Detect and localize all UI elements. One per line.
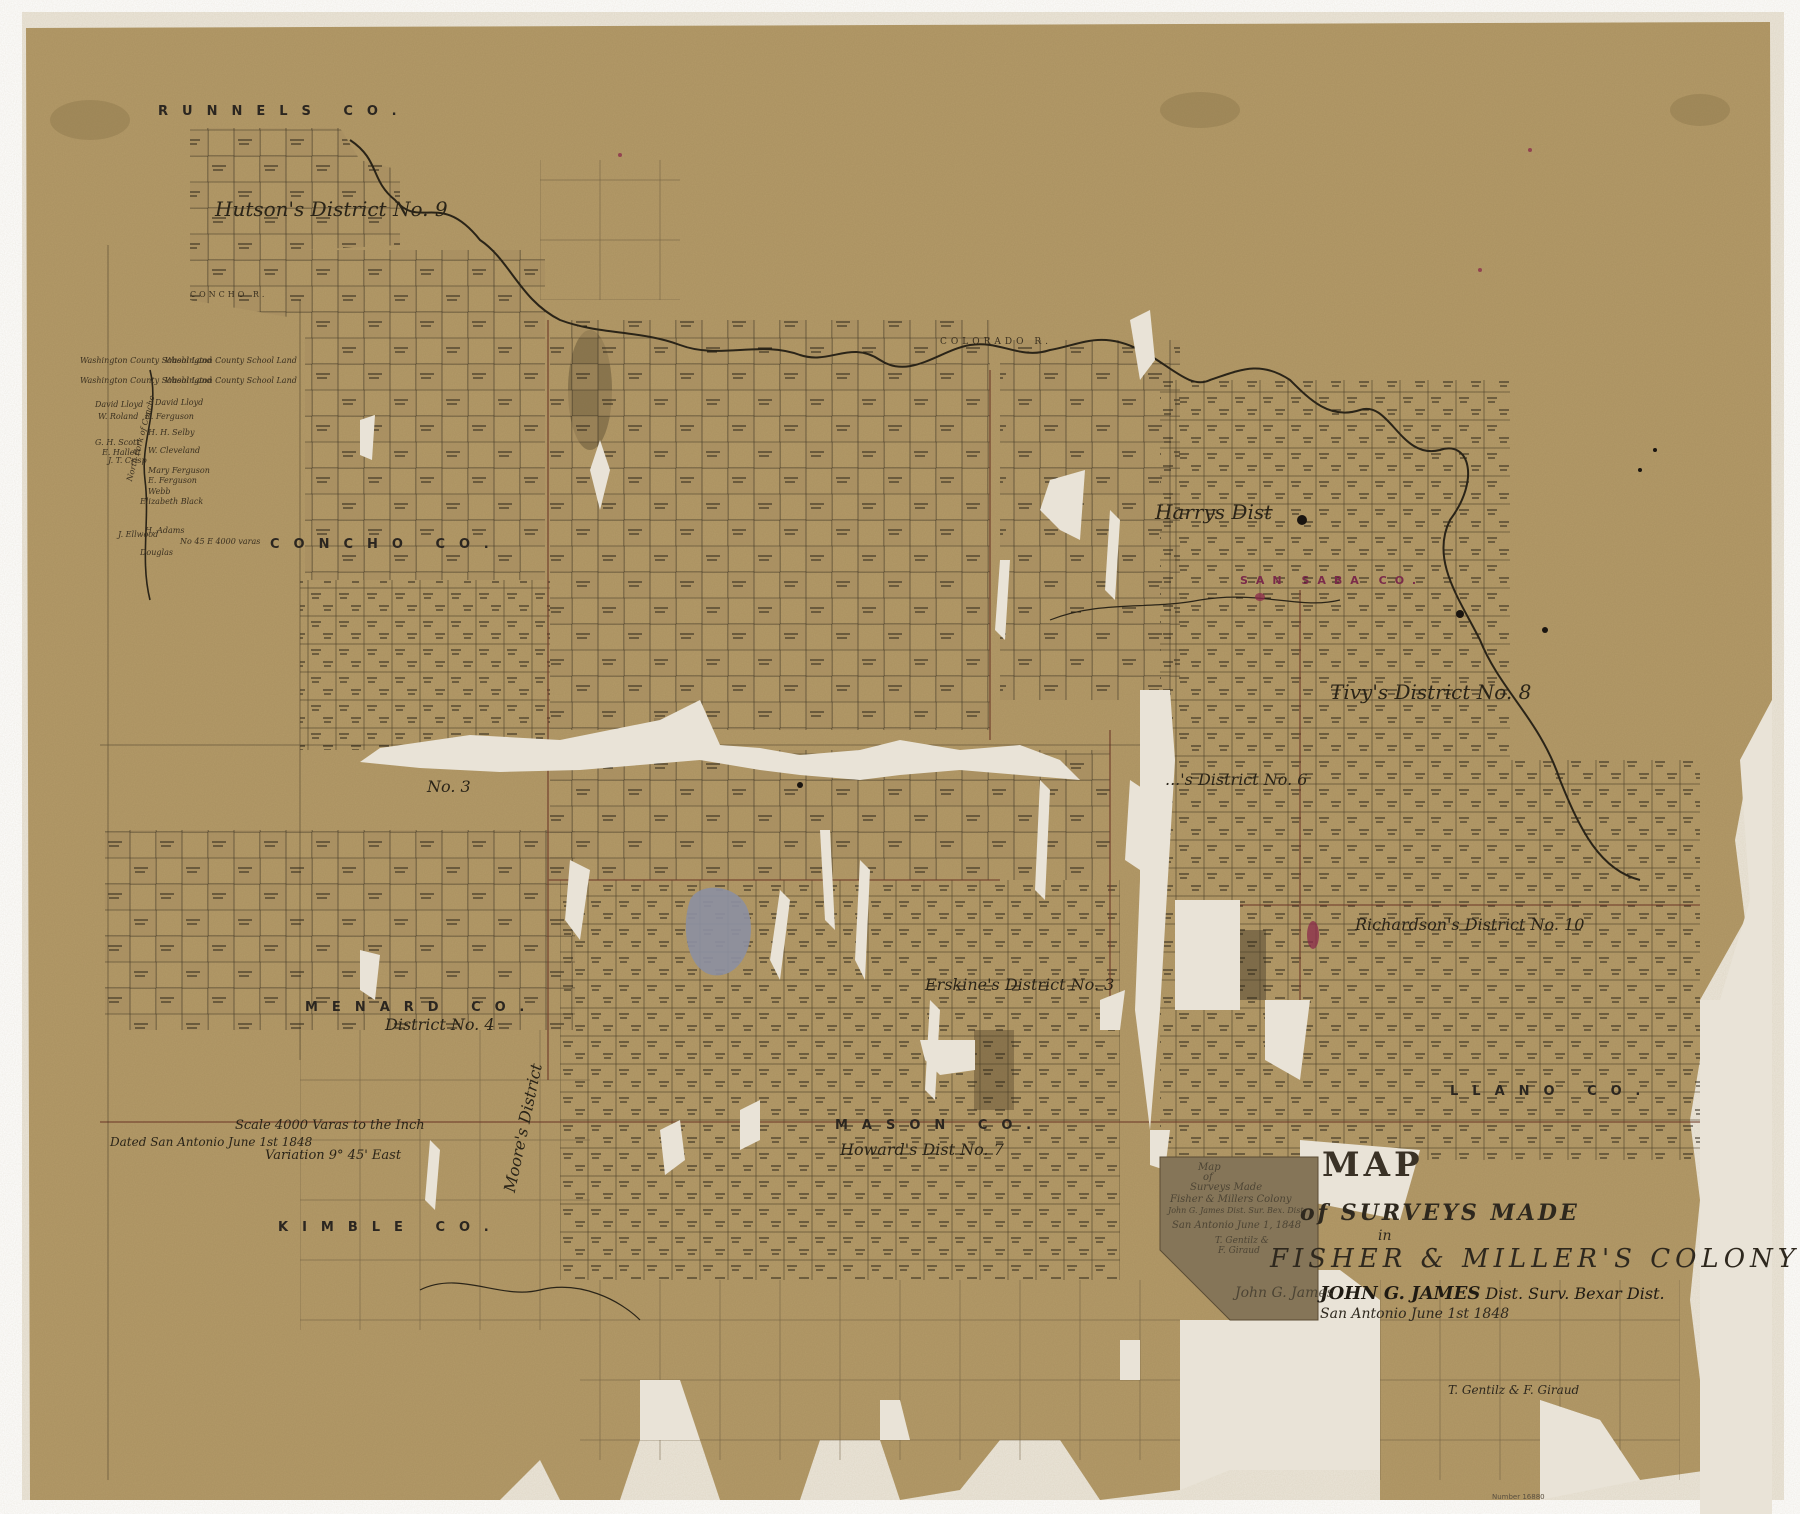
draftsmen-credit: T. Gentilz & F. Giraud xyxy=(1448,1383,1579,1397)
district-label-harrys: Harrys Dist xyxy=(1155,500,1272,524)
inset-grant: W. Cleveland xyxy=(148,446,200,455)
county-label-runnels: RUNNELS CO. xyxy=(158,104,411,119)
title-map: MAP xyxy=(1322,1145,1424,1185)
inset-grant: Douglas xyxy=(140,548,173,557)
county-label-san-saba: SAN SABA CO. xyxy=(1240,574,1424,587)
county-label-kimble: KIMBLE CO. xyxy=(278,1220,503,1235)
county-label-mason: MASON CO. xyxy=(835,1118,1045,1133)
pasted-label-line: Fisher & Millers Colony xyxy=(1170,1194,1292,1205)
title-surveyor: JOHN G. JAMES Dist. Surv. Bexar Dist. xyxy=(1320,1283,1665,1304)
inset-grant: Elizabeth Black xyxy=(140,497,203,506)
distance-note: No 45 E 4000 varas xyxy=(180,537,260,546)
river-label-concho: CONCHO R. xyxy=(190,290,267,299)
inset-grant: David Lloyd xyxy=(95,400,143,409)
pasted-label-line: San Antonio June 1, 1848 xyxy=(1172,1220,1301,1231)
inset-grant: J. Ellwood xyxy=(118,530,158,539)
river-label-colorado: COLORADO R. xyxy=(940,337,1052,347)
pasted-label-line: Surveys Made xyxy=(1190,1182,1262,1193)
inset-grant: Mary Ferguson xyxy=(148,466,210,475)
county-label-concho: CONCHO CO. xyxy=(270,537,503,552)
surveyor-name: JOHN G. JAMES xyxy=(1320,1283,1480,1304)
district-label-erskine: Erskine's District No. 3 xyxy=(925,975,1114,994)
inset-grant: J. T. Crisp xyxy=(108,456,147,465)
dated-note: Dated San Antonio June 1st 1848 xyxy=(110,1135,312,1149)
district-label-6: ...'s District No. 6 xyxy=(1165,770,1307,789)
district-label-tivy: Tivy's District No. 8 xyxy=(1330,680,1531,704)
district-label-richardson: Richardson's District No. 10 xyxy=(1355,915,1584,934)
inset-grant: E. Ferguson xyxy=(148,476,197,485)
title-surveys-made: of SURVEYS MADE xyxy=(1300,1200,1580,1226)
inset-grant: E. Ferguson xyxy=(145,412,194,421)
inset-grant: W. Roland xyxy=(98,412,138,421)
inset-grant: David Lloyd xyxy=(155,398,203,407)
surveyor-title: Dist. Surv. Bexar Dist. xyxy=(1480,1284,1664,1303)
title-colony: FISHER & MILLER'S COLONY xyxy=(1270,1244,1800,1274)
pasted-label-line: T. Gentilz & xyxy=(1215,1236,1269,1246)
pasted-label-line: F. Giraud xyxy=(1218,1246,1260,1256)
county-label-menard: MENARD CO. xyxy=(305,1000,538,1015)
scale-note: Scale 4000 Varas to the Inch xyxy=(235,1118,425,1133)
title-in: in xyxy=(1378,1228,1392,1244)
archive-number: Number 16880 xyxy=(1492,1493,1545,1501)
district-label-hutson: Hutson's District No. 9 xyxy=(215,197,448,221)
inset-grant: Washington County School Land xyxy=(165,356,297,365)
county-label-llano: LLANO CO. xyxy=(1450,1084,1654,1099)
inset-grant: Washington County School Land xyxy=(165,376,297,385)
district-label-3: No. 3 xyxy=(427,777,471,796)
district-label-howard: Howard's Dist No. 7 xyxy=(840,1140,1004,1159)
district-label-4: District No. 4 xyxy=(385,1015,495,1034)
inset-grant: H. H. Selby xyxy=(148,428,195,437)
inset-grant: Webb xyxy=(148,487,171,496)
inset-grant: G. H. Scott xyxy=(95,438,139,447)
variation-note: Variation 9° 45' East xyxy=(265,1148,401,1163)
title-date: San Antonio June 1st 1848 xyxy=(1320,1306,1509,1322)
pasted-label-line: John G. James Dist. Sur. Bex. Dist. xyxy=(1168,1206,1306,1215)
pasted-label-signature: John G. James xyxy=(1235,1285,1334,1301)
